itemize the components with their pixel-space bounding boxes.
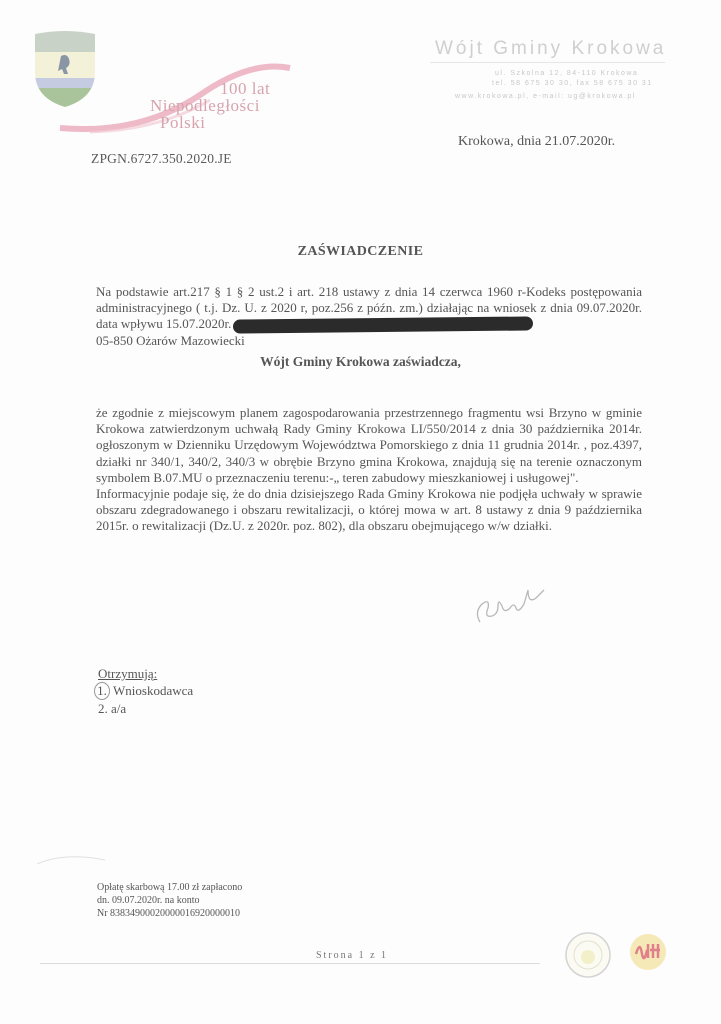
hit-logo-icon bbox=[628, 932, 668, 972]
place-date: Krokowa, dnia 21.07.2020r. bbox=[458, 134, 615, 150]
footer-divider bbox=[40, 963, 540, 964]
letterhead-divider bbox=[430, 62, 665, 63]
recipients-header: Otrzymują: bbox=[98, 665, 193, 682]
recipient-item: 1. Wnioskodawca bbox=[98, 682, 193, 700]
recipient-number: 1. bbox=[94, 682, 110, 700]
recipient-number: 2. bbox=[98, 701, 108, 716]
anniversary-line-2: Niepodległości bbox=[150, 97, 290, 114]
round-seal-icon bbox=[563, 930, 613, 980]
anniversary-logo-text: 100 lat Niepodległości Polski bbox=[150, 80, 290, 131]
recipient-label: Wnioskodawca bbox=[113, 683, 193, 698]
letterhead-address-2: tel. 58 675 30 30, fax 58 675 30 31 bbox=[492, 80, 653, 87]
redaction-mark bbox=[233, 317, 533, 334]
stamp-duty-note: Opłatę skarbową 17.00 zł zapłacono dn. 0… bbox=[97, 881, 242, 920]
letterhead-address-3: www.krokowa.pl, e-mail: ug@krokowa.pl bbox=[455, 93, 636, 100]
applicant-address: 05-850 Ożarów Mazowiecki bbox=[96, 333, 642, 349]
page-number: Strona 1 z 1 bbox=[316, 950, 388, 961]
office-name: Wójt Gminy Krokowa bbox=[435, 38, 666, 60]
anniversary-line-3: Polski bbox=[150, 114, 290, 131]
main-paragraph-1: że zgodnie z miejscowym planem zagospoda… bbox=[96, 405, 642, 486]
margin-mark bbox=[35, 850, 115, 870]
recipient-item: 2. a/a bbox=[98, 700, 193, 717]
recipients-list: Otrzymują: 1. Wnioskodawca 2. a/a bbox=[98, 665, 193, 717]
fee-line-1: Opłatę skarbową 17.00 zł zapłacono bbox=[97, 881, 242, 894]
recipient-label: a/a bbox=[111, 701, 126, 716]
fee-line-2: dn. 09.07.2020r. na konto bbox=[97, 894, 242, 907]
main-paragraph-2: Informacyjnie podaje się, że do dnia dzi… bbox=[96, 486, 642, 535]
letterhead-address-1: ul. Szkolna 12, 84-110 Krokowa bbox=[495, 70, 638, 77]
main-text: że zgodnie z miejscowym planem zagospoda… bbox=[96, 405, 642, 535]
certifying-statement: Wójt Gminy Krokowa zaświadcza, bbox=[0, 354, 721, 370]
reference-number: ZPGN.6727.350.2020.JE bbox=[91, 151, 232, 167]
handwritten-signature-icon bbox=[470, 588, 560, 632]
document-title: ZAŚWIADCZENIE bbox=[0, 244, 721, 260]
fee-account-number: Nr 83834900020000016920000010 bbox=[97, 907, 242, 920]
intro-paragraph: Na podstawie art.217 § 1 § 2 ust.2 i art… bbox=[96, 284, 642, 349]
anniversary-line-1: 100 lat bbox=[150, 80, 290, 97]
